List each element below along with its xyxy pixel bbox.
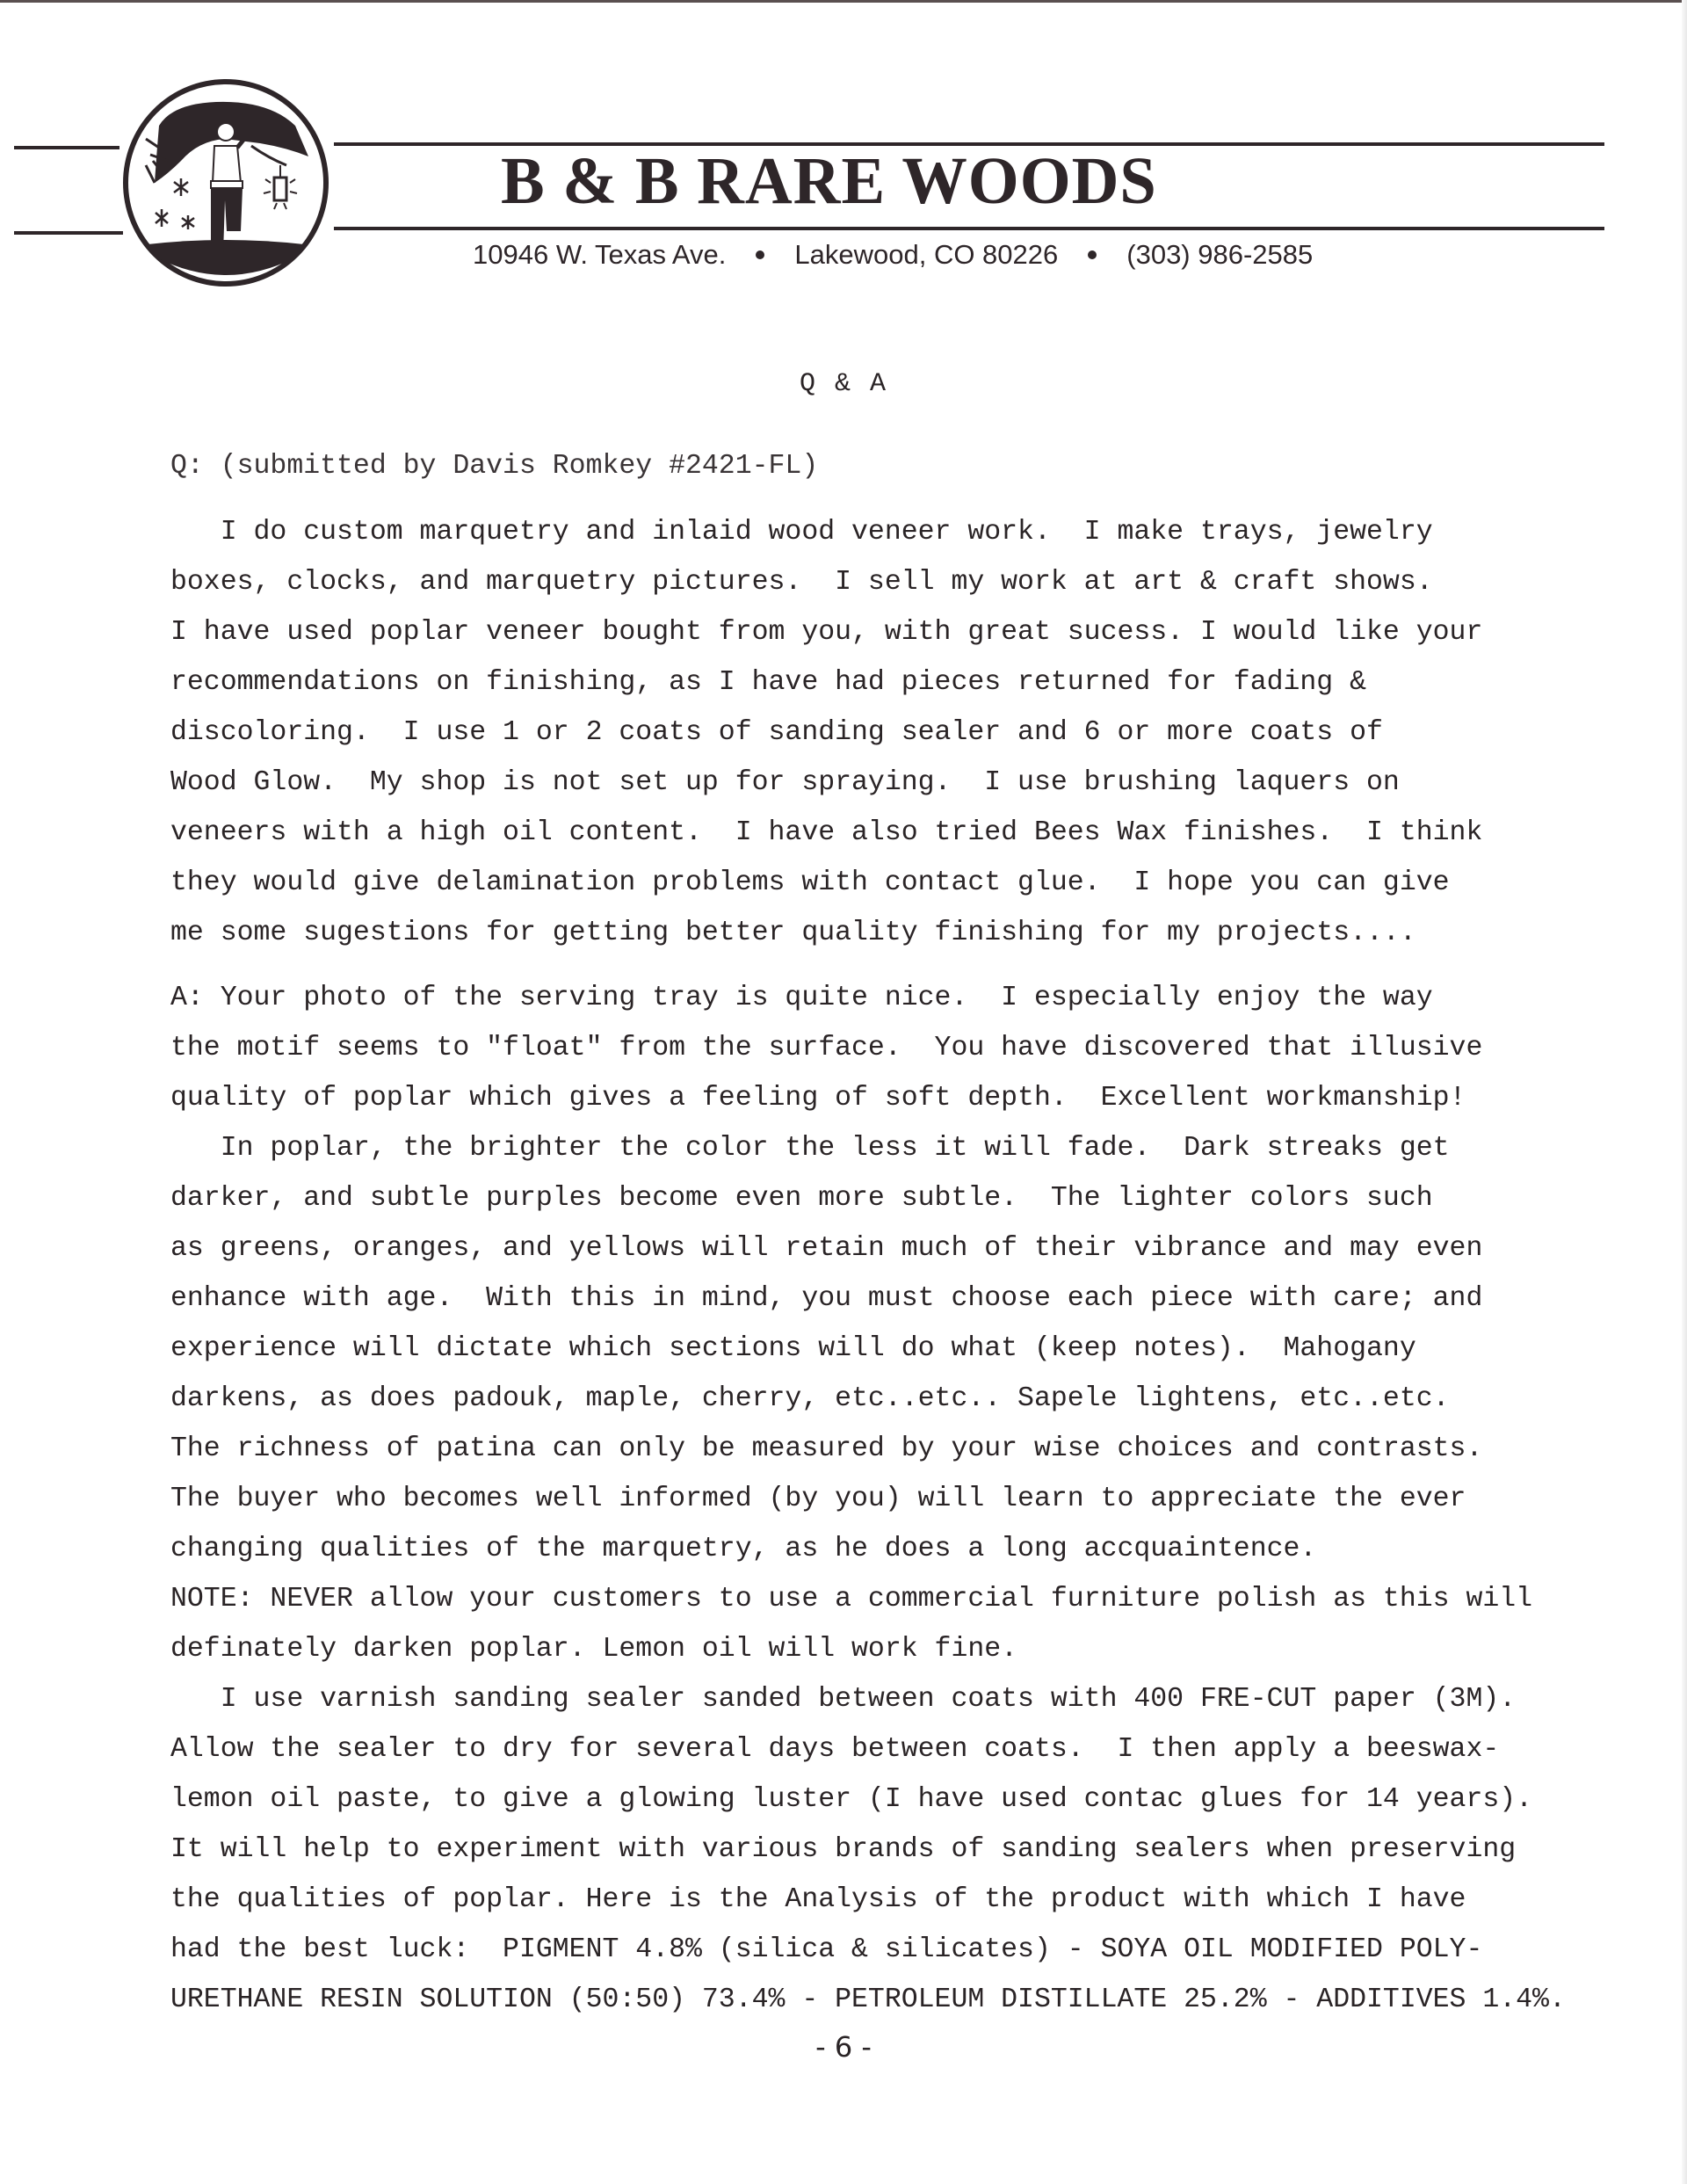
text-line: Wood Glow. My shop is not set up for spr… — [170, 758, 1576, 808]
bullet-separator — [1088, 250, 1097, 259]
text-line: I do custom marquetry and inlaid wood ve… — [170, 507, 1576, 557]
company-name: B & B RARE WOODS — [501, 148, 1362, 214]
text-line: recommendations on finishing, as I have … — [170, 657, 1576, 707]
page-edge-shadow — [1682, 0, 1687, 2184]
city-state-zip: Lakewood, CO 80226 — [794, 239, 1058, 271]
text-line: NOTE: NEVER allow your customers to use … — [170, 1574, 1576, 1624]
text-line: they would give delamination problems wi… — [170, 858, 1576, 908]
page-number: - 6 - — [0, 2030, 1687, 2064]
text-line: quality of poplar which gives a feeling … — [170, 1073, 1576, 1123]
text-line: The buyer who becomes well informed (by … — [170, 1474, 1576, 1524]
text-line: had the best luck: PIGMENT 4.8% (silica … — [170, 1925, 1576, 1975]
question-body: I do custom marquetry and inlaid wood ve… — [170, 507, 1576, 958]
text-line: enhance with age. With this in mind, you… — [170, 1273, 1576, 1324]
phone-number: (303) 986-2585 — [1126, 239, 1313, 271]
text-line: discoloring. I use 1 or 2 coats of sandi… — [170, 707, 1576, 758]
text-line: darkens, as does padouk, maple, cherry, … — [170, 1374, 1576, 1424]
text-line: It will help to experiment with various … — [170, 1825, 1576, 1875]
text-line: darker, and subtle purples become even m… — [170, 1173, 1576, 1223]
text-line: I use varnish sanding sealer sanded betw… — [170, 1674, 1576, 1724]
text-line: me some sugestions for getting better qu… — [170, 908, 1576, 958]
answer-body: A: Your photo of the serving tray is qui… — [170, 973, 1576, 2025]
text-line: experience will dictate which sections w… — [170, 1324, 1576, 1374]
man-with-lantern-logo-icon — [119, 77, 332, 288]
text-line: the qualities of poplar. Here is the Ana… — [170, 1875, 1576, 1925]
street-address: 10946 W. Texas Ave. — [473, 239, 726, 271]
bullet-separator — [756, 250, 764, 259]
company-contact: 10946 W. Texas Ave. Lakewood, CO 80226 (… — [473, 239, 1527, 271]
text-line: lemon oil paste, to give a glowing luste… — [170, 1774, 1576, 1825]
text-line: In poplar, the brighter the color the le… — [170, 1123, 1576, 1173]
letterhead-rule-right-bottom — [334, 227, 1604, 230]
text-line: the motif seems to "float" from the surf… — [170, 1023, 1576, 1073]
text-line: Allow the sealer to dry for several days… — [170, 1724, 1576, 1774]
text-line: as greens, oranges, and yellows will ret… — [170, 1223, 1576, 1273]
text-line: veneers with a high oil content. I have … — [170, 808, 1576, 858]
letterhead-rule-left-top — [14, 146, 119, 149]
text-line: A: Your photo of the serving tray is qui… — [170, 973, 1576, 1023]
text-line: changing qualities of the marquetry, as … — [170, 1524, 1576, 1574]
text-line: definately darken poplar. Lemon oil will… — [170, 1624, 1576, 1674]
text-line: URETHANE RESIN SOLUTION (50:50) 73.4% - … — [170, 1975, 1576, 2025]
text-line: boxes, clocks, and marquetry pictures. I… — [170, 557, 1576, 607]
page-edge — [0, 0, 1687, 3]
text-line: The richness of patina can only be measu… — [170, 1424, 1576, 1474]
question-header: Q: (submitted by Davis Romkey #2421-FL) — [170, 441, 1576, 491]
document-title: Q & A — [0, 369, 1687, 399]
letterhead-rule-left-bottom — [14, 231, 123, 235]
text-line: I have used poplar veneer bought from yo… — [170, 607, 1576, 657]
